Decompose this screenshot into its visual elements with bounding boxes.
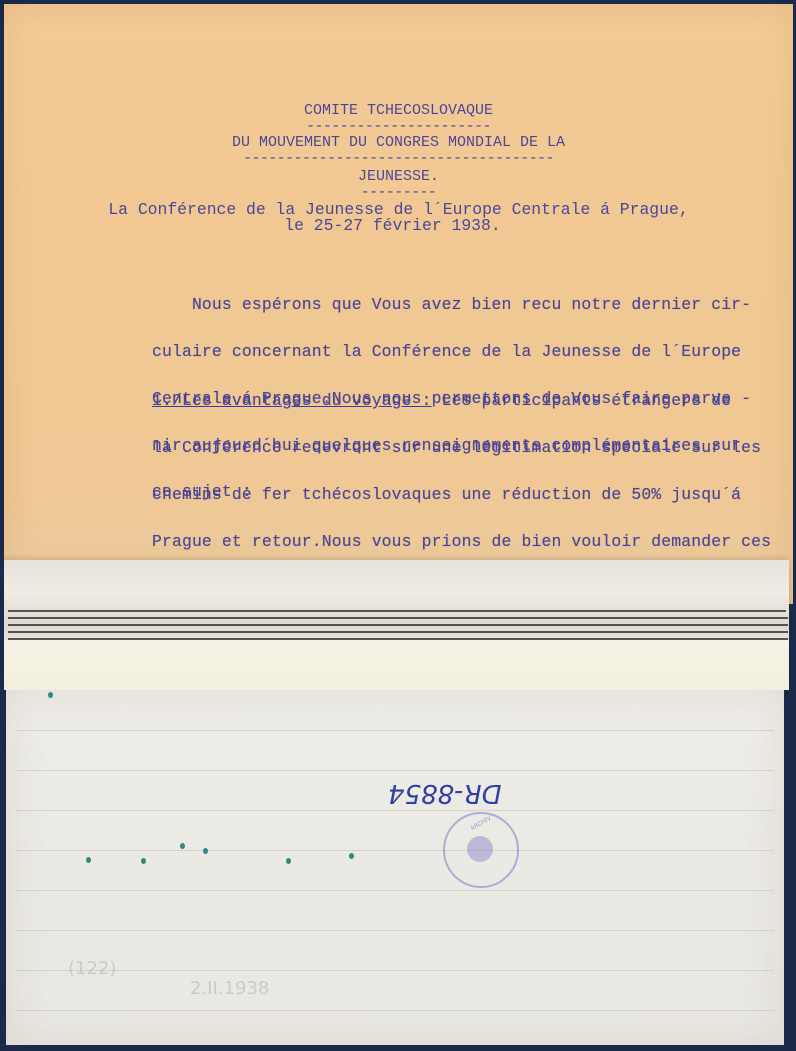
ink-spot <box>141 858 146 864</box>
faint-rule <box>16 890 774 891</box>
faint-rule <box>16 730 774 731</box>
faint-rule <box>16 1010 774 1011</box>
ink-spot <box>286 858 291 864</box>
ruled-line <box>8 631 788 633</box>
scanned-document: COMITE TCHECOSLOVAQUE ------------------… <box>0 0 796 1051</box>
ink-spot <box>349 853 354 859</box>
faint-indented-writing: (122) <box>68 958 116 979</box>
subtitle-line-2: le 25-27 février 1938. <box>0 216 787 235</box>
back-sheet <box>6 690 784 1045</box>
ruled-line <box>8 610 786 612</box>
ink-spot <box>48 692 53 698</box>
header-rule-3: --------- <box>4 184 793 201</box>
header-rule-1: ---------------------- <box>4 118 793 135</box>
intro-line: culaire concernant la Conférence de la J… <box>152 344 751 360</box>
fold-strip <box>2 640 789 690</box>
faint-rule <box>16 930 774 931</box>
faint-rule <box>16 970 774 971</box>
intro-line: Nous espérons que Vous avez bien recu no… <box>152 297 751 313</box>
header-rule-2: ------------------------------------- <box>4 150 793 167</box>
handwritten-reference-number: DR-8854 <box>388 778 502 808</box>
typed-letter-sheet: COMITE TCHECOSLOVAQUE ------------------… <box>4 4 793 604</box>
header-line-3: JEUNESSE. <box>4 168 793 185</box>
faint-rule <box>16 770 774 771</box>
header-line-2: DU MOUVEMENT DU CONGRES MONDIAL DE LA <box>4 134 793 151</box>
faint-indented-writing: 2.II.1938 <box>190 978 269 999</box>
ink-spot <box>180 843 185 849</box>
archive-stamp: ARCHIV <box>443 812 519 888</box>
scan-edge <box>0 0 4 1051</box>
ruled-line <box>8 617 788 619</box>
faint-rule <box>16 850 774 851</box>
stamp-emblem-icon <box>467 836 493 862</box>
section-1-first-line: 1./Les avantages du voyage : Les partici… <box>152 393 771 409</box>
section-1-heading: 1./Les avantages du voyage : <box>152 391 432 410</box>
faint-rule <box>16 810 774 811</box>
ink-spot <box>86 857 91 863</box>
ruled-line <box>8 624 788 626</box>
section-1-line: la Conférence recevront sur une légitima… <box>152 440 771 456</box>
header-line-1: COMITE TCHECOSLOVAQUE <box>4 102 793 119</box>
section-1-line: chemins de fer tchécoslovaques une réduc… <box>152 487 771 503</box>
ink-spot <box>203 848 208 854</box>
